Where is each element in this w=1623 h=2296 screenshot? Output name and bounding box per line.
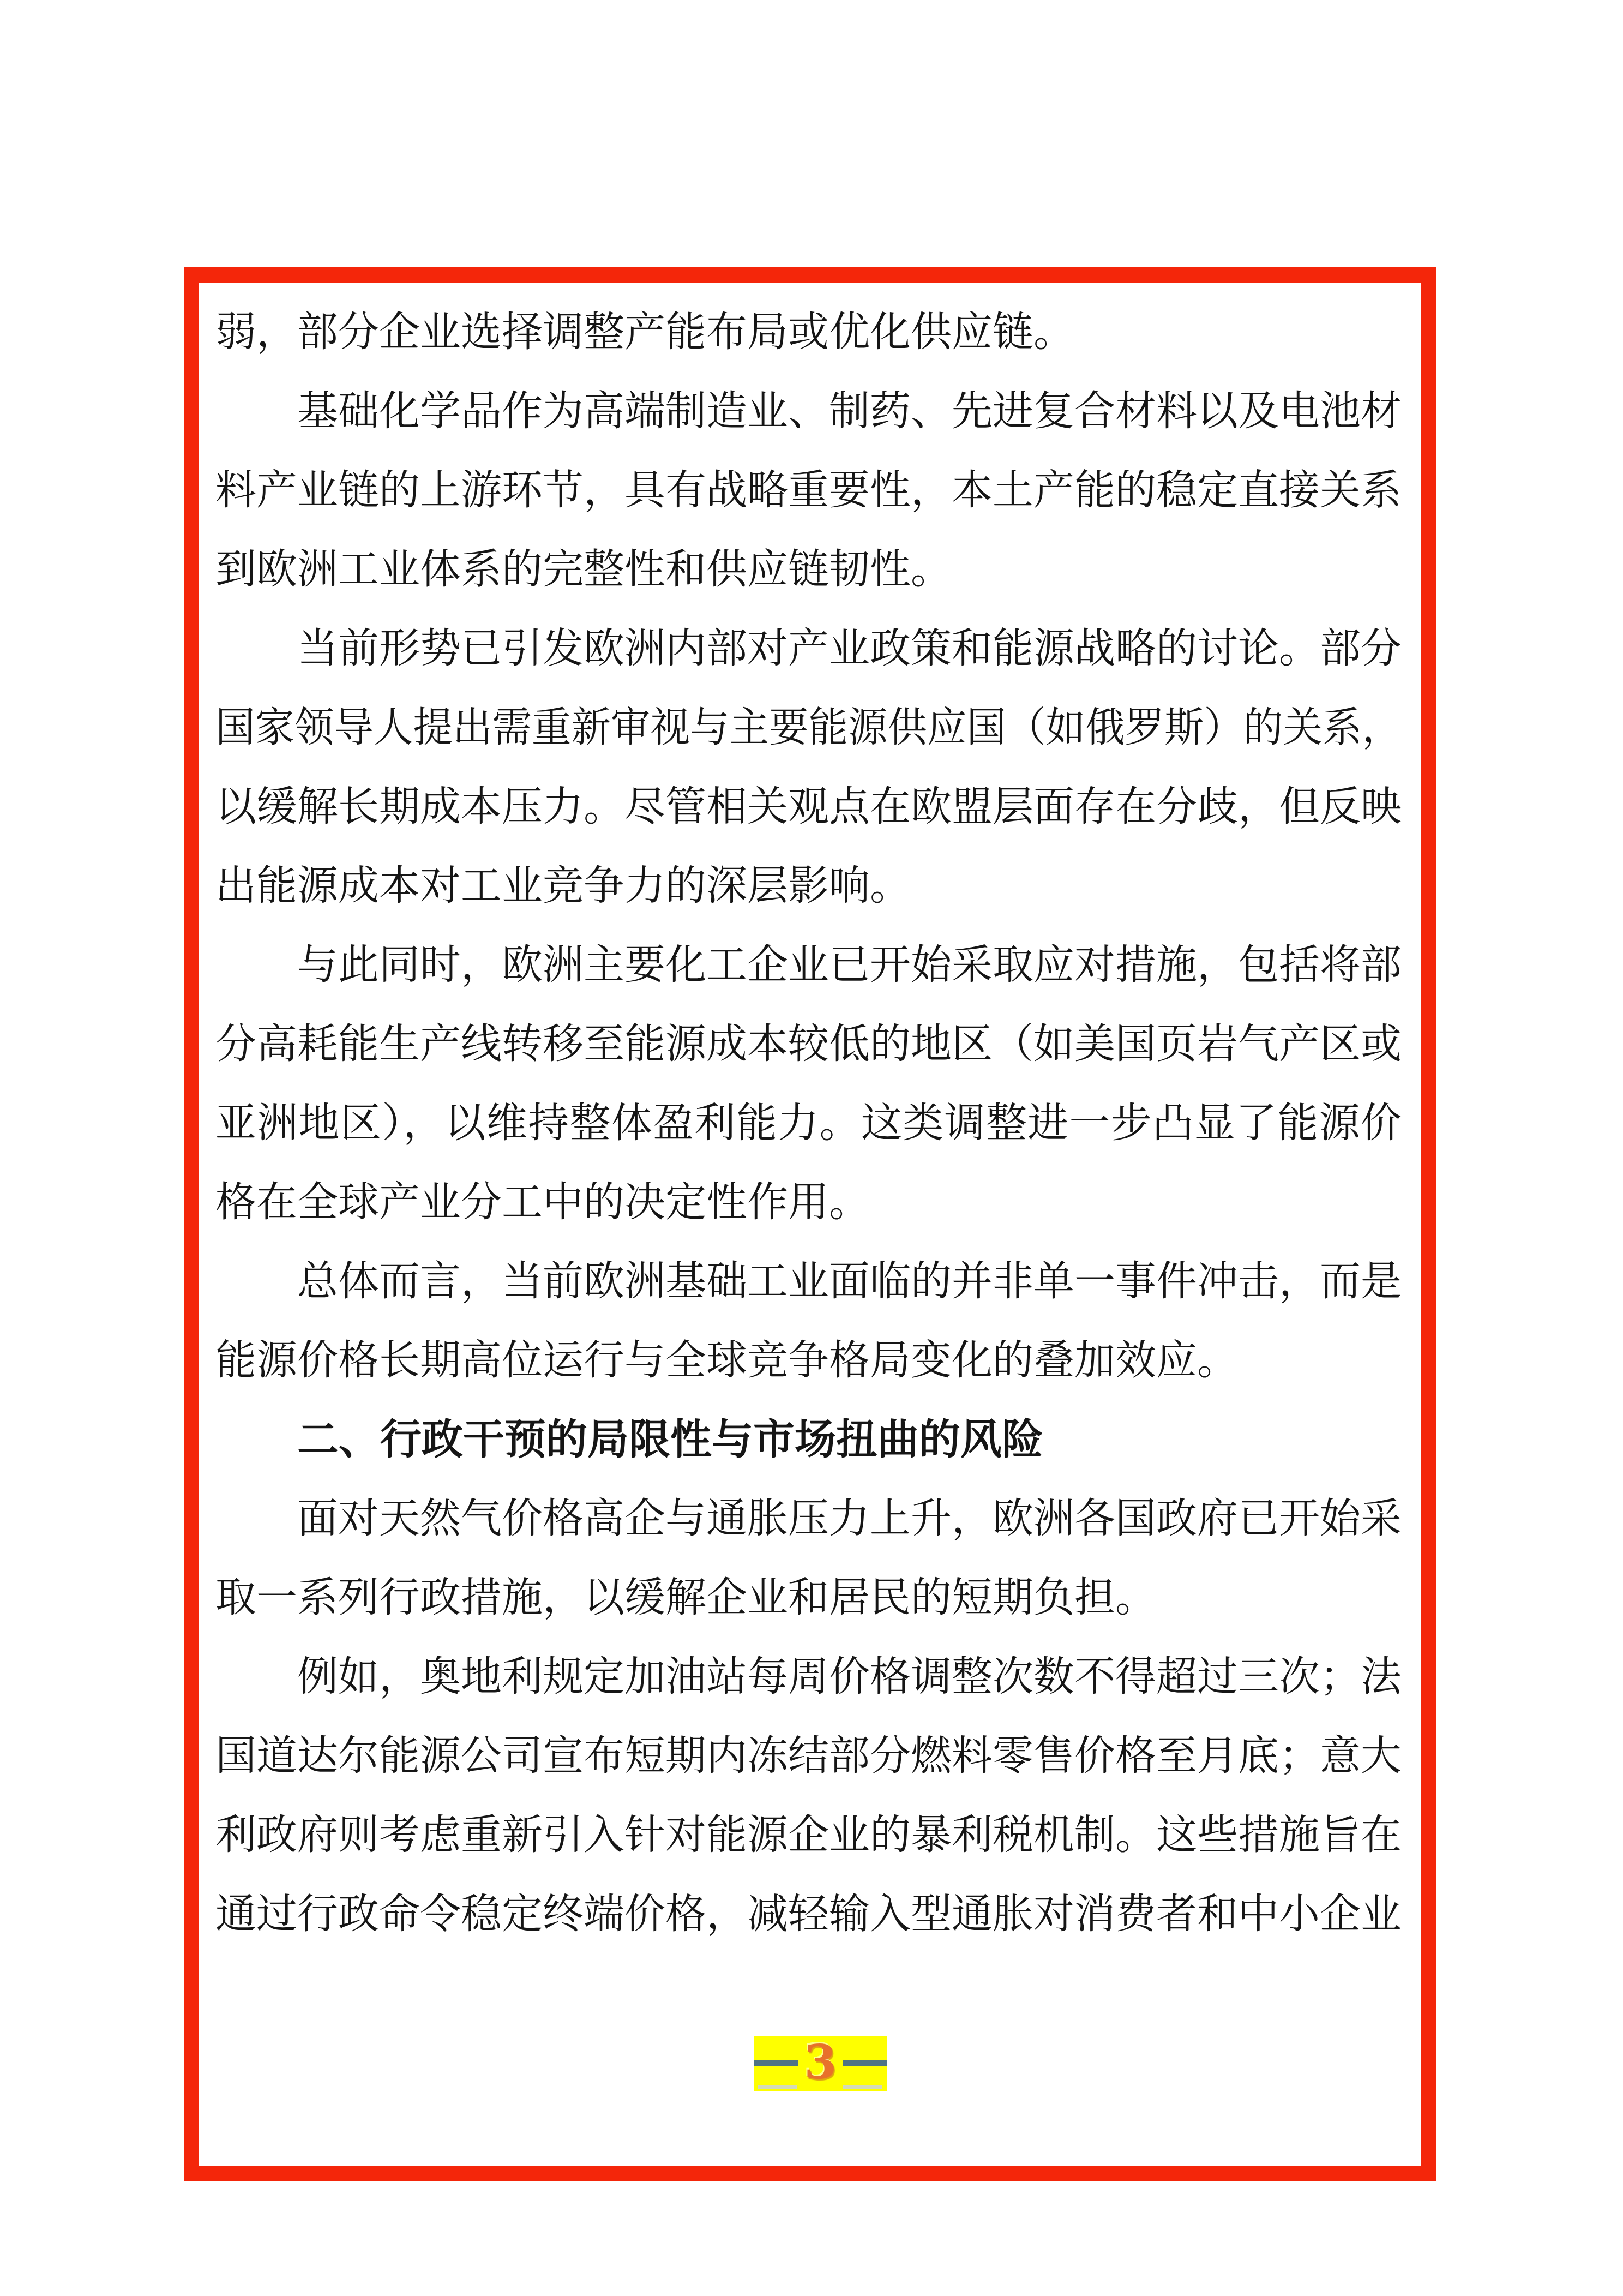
- page-number-dash-right: [843, 2060, 887, 2066]
- body-line: 能源价格长期高位运行与全球竞争格局变化的叠加效应。: [215, 1321, 1402, 1400]
- body-line: 料产业链的上游环节，具有战略重要性，本土产能的稳定直接关系: [215, 451, 1402, 530]
- body-line: 弱，部分企业选择调整产能布局或优化供应链。: [215, 293, 1402, 372]
- page-number-dash-left: [754, 2060, 798, 2066]
- body-line: 通过行政命令稳定终端价格，减轻输入型通胀对消费者和中小企业: [215, 1875, 1402, 1954]
- document-page: 弱，部分企业选择调整产能布局或优化供应链。 基础化学品作为高端制造业、制药、先进…: [0, 0, 1623, 2296]
- body-line: 基础化学品作为高端制造业、制药、先进复合材料以及电池材: [215, 372, 1402, 451]
- page-number-row: 3: [754, 2036, 887, 2091]
- body-line-text: 国家领导人提出需重新审视与主要能源供应国（如俄罗斯）的关系，: [215, 688, 1402, 768]
- body-line: 取一系列行政措施，以缓解企业和居民的短期负担。: [215, 1558, 1402, 1638]
- body-line: 面对天然气价格高企与通胀压力上升，欧洲各国政府已开始采: [215, 1479, 1402, 1558]
- page-number-reflection-dash-left: [758, 2085, 797, 2089]
- section-heading: 二、行政干预的局限性与市场扭曲的风险: [215, 1400, 1402, 1479]
- body-line: 例如，奥地利规定加油站每周价格调整次数不得超过三次；法: [215, 1638, 1402, 1717]
- body-line: 分高耗能生产线转移至能源成本较低的地区（如美国页岩气产区或: [215, 1005, 1402, 1084]
- body-line: 利政府则考虑重新引入针对能源企业的暴利税机制。这些措施旨在: [215, 1796, 1402, 1875]
- page-number-reflection-dash-right: [843, 2085, 882, 2089]
- body-line: 总体而言，当前欧洲基础工业面临的并非单一事件冲击，而是: [215, 1242, 1402, 1321]
- page-number: 3: [804, 2035, 837, 2090]
- body-line: 格在全球产业分工中的决定性作用。: [215, 1163, 1402, 1242]
- body-line: 国道达尔能源公司宣布短期内冻结部分燃料零售价格至月底；意大: [215, 1717, 1402, 1796]
- body-line: 当前形势已引发欧洲内部对产业政策和能源战略的讨论。部分: [215, 609, 1402, 688]
- body-line: 以缓解长期成本压力。尽管相关观点在欧盟层面存在分歧，但反映: [215, 768, 1402, 847]
- body-line: 与此同时，欧洲主要化工企业已开始采取应对措施，包括将部: [215, 926, 1402, 1005]
- body-line: 到欧洲工业体系的完整性和供应链韧性。: [215, 530, 1402, 609]
- page-number-highlight: 3: [754, 2036, 887, 2091]
- body-line: 国家领导人提出需重新审视与主要能源供应国（如俄罗斯）的关系，: [215, 688, 1402, 768]
- body-line: 亚洲地区），以维持整体盈利能力。这类调整进一步凸显了能源价: [215, 1084, 1402, 1163]
- body-line: 出能源成本对工业竞争力的深层影响。: [215, 847, 1402, 926]
- document-body: 弱，部分企业选择调整产能布局或优化供应链。 基础化学品作为高端制造业、制药、先进…: [215, 293, 1402, 1954]
